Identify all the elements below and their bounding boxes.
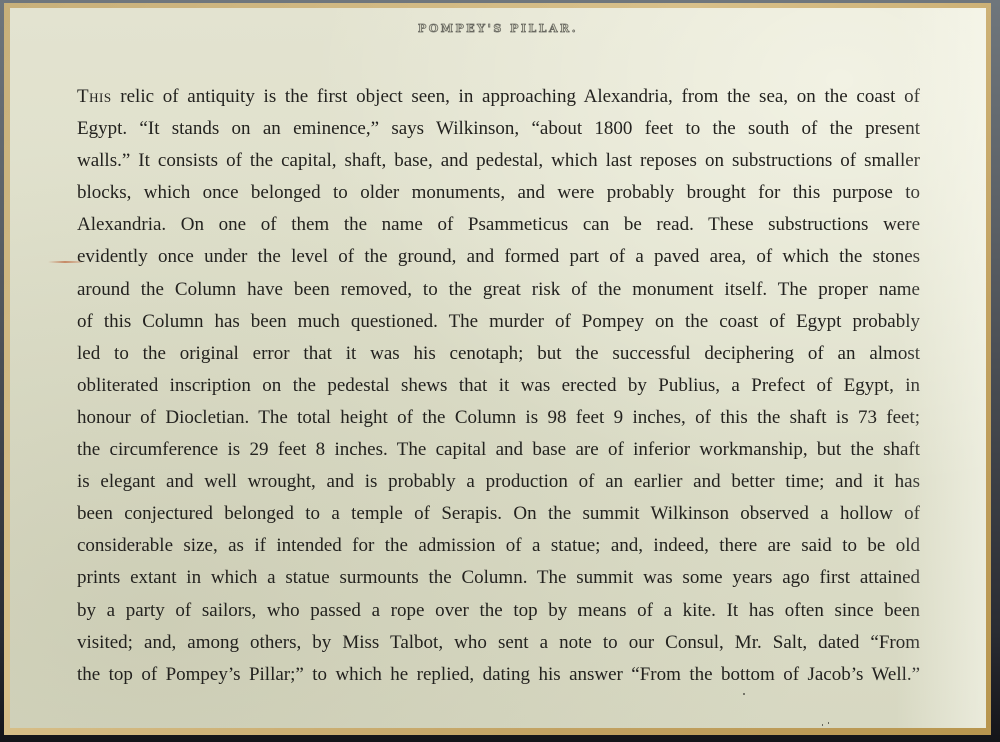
text-line: around the Column have been removed, to … <box>77 274 920 306</box>
paper-speck <box>828 722 829 724</box>
paper-speck <box>822 724 823 726</box>
text-line: blocks, which once belonged to older mon… <box>77 177 920 209</box>
paper-speck <box>743 693 745 695</box>
text-line: This relic of antiquity is the first obj… <box>77 81 920 113</box>
text-line: obliterated inscription on the pedestal … <box>77 370 920 402</box>
text-line: is elegant and well wrought, and is prob… <box>77 466 920 498</box>
text-line: visited; and, among others, by Miss Talb… <box>77 627 920 659</box>
body-paragraph: This relic of antiquity is the first obj… <box>77 81 920 691</box>
text-line: honour of Diocletian. The total height o… <box>77 402 920 434</box>
text-line: led to the original error that it was hi… <box>77 338 920 370</box>
text-line: Alexandria. On one of them the name of P… <box>77 209 920 241</box>
text-line: been conjectured belonged to a temple of… <box>77 498 920 530</box>
text-line: considerable size, as if intended for th… <box>77 530 920 562</box>
running-title: POMPEY'S PILLAR. <box>10 22 986 35</box>
text-line: of this Column has been much questioned.… <box>77 306 920 338</box>
text-line: evidently once under the level of the gr… <box>77 241 920 273</box>
book-page: POMPEY'S PILLAR. This relic of antiquity… <box>10 8 986 728</box>
text-line: by a party of sailors, who passed a rope… <box>77 595 920 627</box>
text-line: Egypt. “It stands on an eminence,” says … <box>77 113 920 145</box>
text-line: walls.” It consists of the capital, shaf… <box>77 145 920 177</box>
text-line: the circumference is 29 feet 8 inches. T… <box>77 434 920 466</box>
text-line-content: relic of antiquity is the first object s… <box>112 86 920 107</box>
text-line: prints extant in which a statue surmount… <box>77 562 920 594</box>
text-line: the top of Pompey’s Pillar;” to which he… <box>77 659 920 691</box>
opening-smallcaps-word: This <box>77 86 112 107</box>
